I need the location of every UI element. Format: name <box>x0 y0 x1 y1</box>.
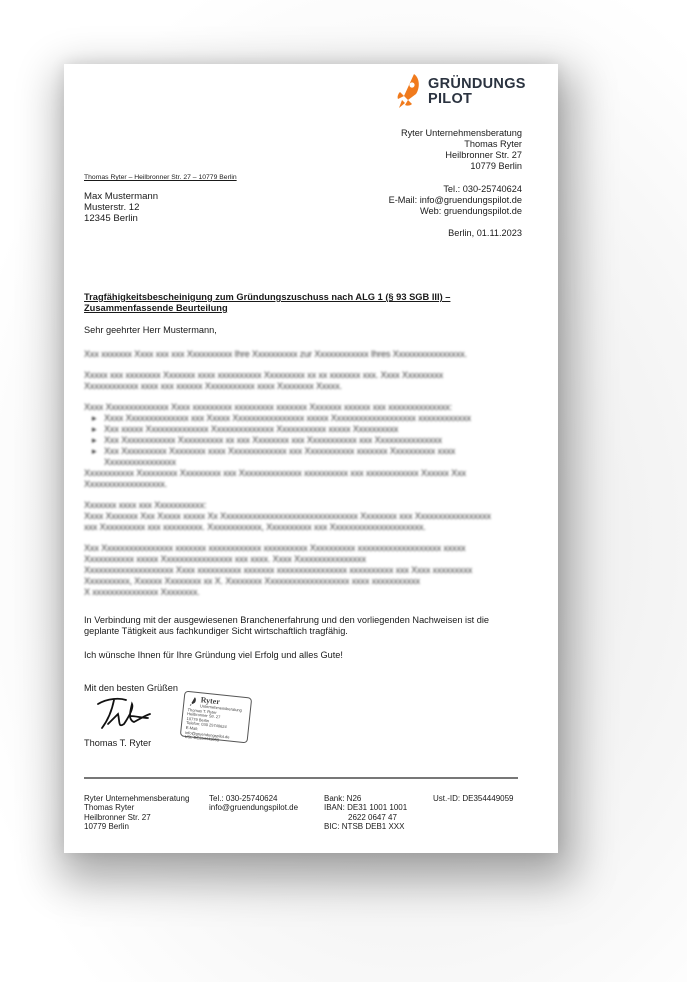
redacted-paragraph: Xxxxxxxxxxxx xxxx xxx xxxxxx Xxxxxxxxxxx… <box>84 381 529 392</box>
letterhead-address: Ryter Unternehmensberatung Thomas Ryter … <box>401 128 522 172</box>
letterhead-street: Heilbronner Str. 27 <box>401 150 522 161</box>
letterhead-web: Web: gruendungspilot.de <box>389 206 522 217</box>
redacted-paragraph: Xxx Xxxxxxxxxxxxxxxx xxxxxxx xxxxxxxxxxx… <box>84 543 529 554</box>
redacted-paragraph: Xxxxxxxxxxx Xxxxxxxxx Xxxxxxxxx xxx Xxxx… <box>84 468 529 479</box>
company-logo: GRÜNDUNGS PILOT <box>396 72 526 112</box>
footer-tax-id: Ust.-ID: DE354449059 <box>433 794 514 803</box>
redacted-paragraph: Xxxx Xxxxxxxxxxxxxx Xxxx xxxxxxxxx xxxxx… <box>84 402 529 413</box>
footer-line: Heilbronner Str. 27 <box>84 813 189 822</box>
redacted-bullet: Xxxx Xxxxxxxxxxxxxx xxx Xxxxx Xxxxxxxxxx… <box>84 413 529 424</box>
rocket-icon <box>396 72 422 112</box>
letterhead-email: E-Mail: info@gruendungspilot.de <box>389 195 522 206</box>
letterhead-city: 10779 Berlin <box>401 161 522 172</box>
redacted-paragraph: Xxxxxxxxxxx xxxxx Xxxxxxxxxxxxxxxx xxx x… <box>84 554 529 565</box>
subject-line-1: Tragfähigkeitsbescheinigung zum Gründung… <box>84 292 524 303</box>
conclusion-line-1: In Verbindung mit der ausgewiesenen Bran… <box>84 615 544 626</box>
viewer-background: GRÜNDUNGS PILOT Ryter Unternehmensberatu… <box>0 0 687 982</box>
footer-line: Thomas Ryter <box>84 803 189 812</box>
footer-line: Tel.: 030-25740624 <box>209 794 298 803</box>
letterhead-company: Ryter Unternehmensberatung <box>401 128 522 139</box>
footer-divider <box>84 777 518 779</box>
redacted-bullet: Xxx xxxxx Xxxxxxxxxxxxxx Xxxxxxxxxxxxxx … <box>84 424 529 435</box>
logo-line-2: PILOT <box>428 92 526 107</box>
stamp-rocket-icon <box>188 696 198 708</box>
recipient-street: Musterstr. 12 <box>84 202 158 213</box>
redacted-paragraph: Xxxxxxxxxxxxxxxx <box>84 457 529 468</box>
recipient-city: 12345 Berlin <box>84 213 158 224</box>
footer-line: BIC: NTSB DEB1 XXX <box>324 822 407 831</box>
sender-return-line: Thomas Ryter – Heilbronner Str. 27 – 107… <box>84 172 237 183</box>
redacted-paragraph: xxx Xxxxxxxxxx xxx xxxxxxxxx. Xxxxxxxxxx… <box>84 522 529 533</box>
letter-subject: Tragfähigkeitsbescheinigung zum Gründung… <box>84 292 524 314</box>
company-stamp: Ryter Unternehmensberatung Thomas T. Ryt… <box>180 691 252 744</box>
footer-line: Ryter Unternehmensberatung <box>84 794 189 803</box>
logo-line-1: GRÜNDUNGS <box>428 77 526 92</box>
footer-line: Ust.-ID: DE354449059 <box>433 794 514 803</box>
redacted-paragraph: X xxxxxxxxxxxxxxx Xxxxxxxx. <box>84 587 529 598</box>
closing-greeting: Mit den besten Grüßen <box>84 683 178 694</box>
recipient-name: Max Mustermann <box>84 191 158 202</box>
subject-line-2: Zusammenfassende Beurteilung <box>84 303 524 314</box>
redacted-body: Xxx xxxxxxx Xxxx xxx xxx Xxxxxxxxxx Ihre… <box>84 349 529 598</box>
redacted-paragraph: Xxxxx xxx xxxxxxxx Xxxxxxx xxxx xxxxxxxx… <box>84 370 529 381</box>
letter-date: Berlin, 01.11.2023 <box>448 228 522 239</box>
footer-bank: Bank: N26 IBAN: DE31 1001 1001 2622 0647… <box>324 794 407 831</box>
conclusion-paragraph: In Verbindung mit der ausgewiesenen Bran… <box>84 615 544 637</box>
closing-wish: Ich wünsche Ihnen für Ihre Gründung viel… <box>84 650 343 661</box>
letterhead-name: Thomas Ryter <box>401 139 522 150</box>
redacted-paragraph: Xxxx Xxxxxxx Xxx Xxxxx xxxxx Xx Xxxxxxxx… <box>84 511 529 522</box>
redacted-paragraph: Xxxxxxx xxxx xxx Xxxxxxxxxxx: <box>84 500 529 511</box>
redacted-paragraph: Xxxxxxxxxxxxxxxxxxxx Xxxx xxxxxxxxxx xxx… <box>84 565 529 576</box>
handwritten-signature <box>94 694 154 734</box>
redacted-bullet: Xxx Xxxxxxxxxx Xxxxxxxx xxxx Xxxxxxxxxxx… <box>84 446 529 457</box>
conclusion-line-2: geplante Tätigkeit aus fachkundiger Sich… <box>84 626 544 637</box>
footer-line: info@gruendungspilot.de <box>209 803 298 812</box>
letter-page: GRÜNDUNGS PILOT Ryter Unternehmensberatu… <box>64 64 558 853</box>
footer-line: IBAN: DE31 1001 1001 <box>324 803 407 812</box>
signer-name: Thomas T. Ryter <box>84 738 151 749</box>
redacted-paragraph: Xxxxxxxxxxxxxxxxxx. <box>84 479 529 490</box>
footer-contact: Tel.: 030-25740624 info@gruendungspilot.… <box>209 794 298 813</box>
letterhead-phone: Tel.: 030-25740624 <box>389 184 522 195</box>
footer-company: Ryter Unternehmensberatung Thomas Ryter … <box>84 794 189 831</box>
redacted-paragraph: Xxxxxxxxxx, Xxxxxx Xxxxxxxx xx X. Xxxxxx… <box>84 576 529 587</box>
footer-line: Bank: N26 <box>324 794 407 803</box>
footer-line: 2622 0647 47 <box>324 813 407 822</box>
redacted-bullet-list: Xxxx Xxxxxxxxxxxxxx xxx Xxxxx Xxxxxxxxxx… <box>84 413 529 457</box>
redacted-bullet: Xxx Xxxxxxxxxxxx Xxxxxxxxxx xx xxx Xxxxx… <box>84 435 529 446</box>
salutation: Sehr geehrter Herr Mustermann, <box>84 325 217 336</box>
letterhead-contact: Tel.: 030-25740624 E-Mail: info@gruendun… <box>389 184 522 217</box>
redacted-paragraph: Xxx xxxxxxx Xxxx xxx xxx Xxxxxxxxxx Ihre… <box>84 349 529 360</box>
footer-line: 10779 Berlin <box>84 822 189 831</box>
recipient-address: Max Mustermann Musterstr. 12 12345 Berli… <box>84 191 158 224</box>
